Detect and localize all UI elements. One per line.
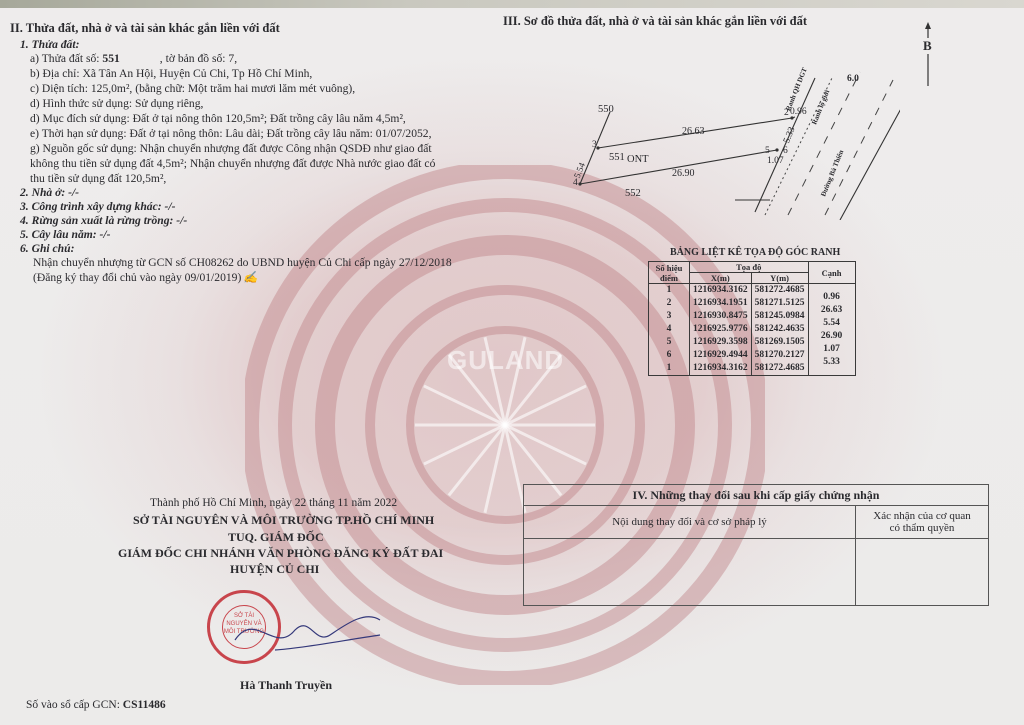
page-edge [0,0,1024,8]
coordinate-row: 11216934.3162581272.46850.96 [649,284,856,298]
col-header-edge: Cạnh [808,262,855,284]
point-id: 2 [649,297,690,310]
point-x: 1216929.4944 [690,349,752,362]
parcel-label-south: 552 [625,186,641,201]
edge-label-4-5: 26.90 [672,166,695,181]
point-label-3: 3 [592,138,597,153]
usage-purpose-line: d) Mục đích sử dụng: Đất ở tại nông thôn… [30,111,406,126]
col-header-point: Số hiệu điểm [649,262,690,284]
section-3-title: III. Sơ đồ thửa đất, nhà ở và tài sản kh… [503,14,807,29]
point-id: 6 [649,349,690,362]
parcel-number: 551 [102,52,119,65]
authority-confirmation-header: Xác nhận của cơ quancó thẩm quyền [856,506,988,538]
authorization-line: TUQ. GIÁM ĐỐC [228,530,324,545]
item-2-house: 2. Nhà ở: -/- [20,185,79,200]
note-line-1: Nhận chuyển nhượng từ GCN số CH08262 do … [33,255,452,270]
parcel-label-north: 550 [598,102,614,117]
area-line: c) Diện tích: 125,0m², (bằng chữ: Một tr… [30,81,355,96]
edge-length: 1.07 [808,343,855,356]
section-4-title: IV. Những thay đổi sau khi cấp giấy chứn… [524,485,988,506]
address-line: b) Địa chỉ: Xã Tân An Hội, Huyện Củ Chi,… [30,66,312,81]
note-line-2: (Đăng ký thay đổi chủ vào ngày 09/01/201… [33,270,258,285]
point-x: 1216929.3598 [690,336,752,349]
col-header-coords: Tọa độ [690,262,809,273]
registry-number-line: Số vào sổ cấp GCN: CS11486 [26,698,166,713]
edge-length [808,369,855,383]
point-id: 1 [649,362,690,376]
changes-table: IV. Những thay đổi sau khi cấp giấy chứn… [523,484,989,606]
item-3-construction: 3. Công trình xây dựng khác: -/- [20,199,175,214]
signer-name: Hà Thanh Truyền [240,678,332,693]
item-5-perennial: 5. Cây lâu năm: -/- [20,227,111,242]
item-4-forest: 4. Rừng sản xuất là rừng trồng: -/- [20,213,187,228]
edge-length: 26.90 [808,330,855,343]
origin-line-3: thu tiền sử dụng đất 120,5m², [30,171,166,186]
point-label-5: 5 [765,144,770,159]
origin-line-2: không thu tiền sử dụng đất 4,5m²; Nhận c… [30,156,435,171]
signing-date-line: Thành phố Hồ Chí Minh, ngày 22 tháng 11 … [150,497,397,509]
edge-length: 5.54 [808,317,855,330]
point-y: 581270.2127 [751,349,808,362]
handwritten-signature-icon [215,600,385,660]
point-x: 1216930.8475 [690,310,752,323]
north-arrow-icon [918,22,938,88]
point-y: 581272.4685 [751,362,808,376]
certificate-page: GULAND II. Thửa đất, nhà ở và tài sản kh… [0,0,1024,725]
point-label-6: 6 [783,144,788,159]
point-id: 5 [649,336,690,349]
col-header-y: Y(m) [751,273,808,284]
signer-district: HUYỆN CỦ CHI [230,562,319,577]
initials-signature-icon: ✍ [243,271,257,284]
registry-number: CS11486 [123,699,166,711]
coordinate-table: Số hiệu điểm Tọa độ Cạnh X(m) Y(m) 11216… [648,261,856,376]
edge-length: 26.63 [808,304,855,317]
land-use-code: ONT [627,152,649,167]
section-2-title: II. Thửa đất, nhà ở và tài sản khác gắn … [10,21,280,36]
point-y: 581242.4635 [751,323,808,336]
coord-table-title: BẢNG LIỆT KÊ TỌA ĐỘ GÓC RANH [670,247,840,258]
usage-form-line: d) Hình thức sử dụng: Sử dụng riêng, [30,96,203,111]
item-1-title: 1. Thửa đất: [20,37,79,52]
point-y: 581272.4685 [751,284,808,298]
edge-length: 5.33 [808,356,855,369]
item-6-notes: 6. Ghi chú: [20,241,74,256]
point-label-4: 4 [573,176,578,191]
point-y: 581245.0984 [751,310,808,323]
point-x: 1216925.9776 [690,323,752,336]
col-header-x: X(m) [690,273,752,284]
changes-content-header: Nội dung thay đổi và cơ sở pháp lý [524,506,856,538]
edge-label-2-3: 26.63 [682,124,705,139]
signer-title: GIÁM ĐỐC CHI NHÁNH VĂN PHÒNG ĐĂNG KÝ ĐẤT… [118,546,443,561]
north-label: B [923,38,932,54]
parcel-label-center: 551 [609,150,625,165]
issuing-department: SỞ TÀI NGUYÊN VÀ MÔI TRƯỜNG TP.HỒ CHÍ MI… [133,513,434,528]
road-width-label: 6.0 [847,72,859,87]
point-x: 1216934.3162 [690,284,752,298]
point-x: 1216934.3162 [690,362,752,376]
parcel-number-line: a) Thửa đất số: 551, tờ bản đồ số: 7, [30,51,237,66]
authority-confirmation-cell [856,539,988,605]
usage-term-line: e) Thời hạn sử dụng: Đất ở tại nông thôn… [30,126,432,141]
point-y: 581271.5125 [751,297,808,310]
watermark-text: GULAND [447,345,564,376]
changes-content-cell [524,539,856,605]
origin-line-1: g) Nguồn gốc sử dụng: Nhận chuyển nhượng… [30,141,432,156]
point-id: 4 [649,323,690,336]
edge-length: 0.96 [808,291,855,305]
point-x: 1216934.1951 [690,297,752,310]
point-id: 3 [649,310,690,323]
point-id: 1 [649,284,690,298]
point-y: 581269.1505 [751,336,808,349]
